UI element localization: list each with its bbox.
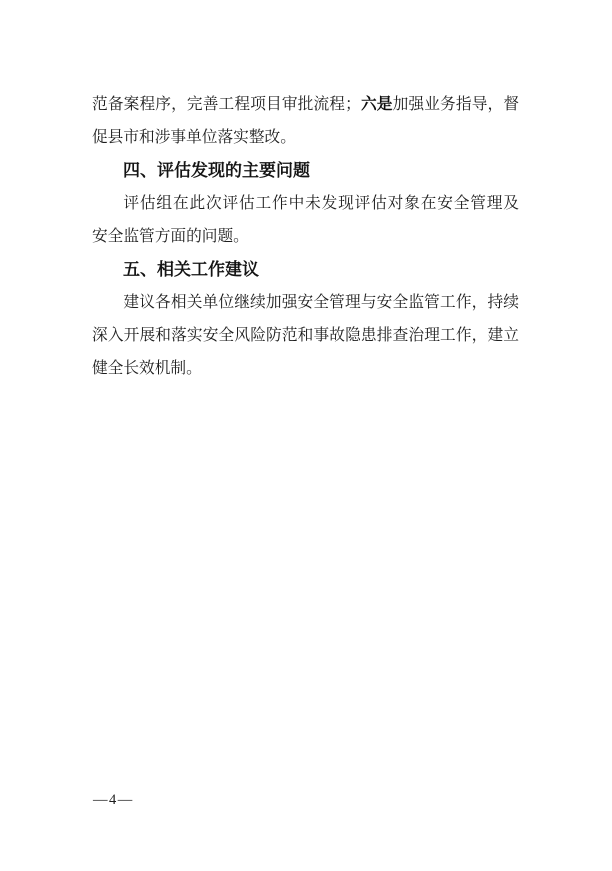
section4-paragraph-line-1: 评估组在此次评估工作中未发现评估对象在安全管理及 <box>92 187 519 220</box>
bold-emphasis-run: 六是 <box>361 96 393 113</box>
document-page: 范备案程序，完善工程项目审批流程；六是加强业务指导，督 促县市和涉事单位落实整改… <box>0 0 612 871</box>
section5-paragraph-line-2: 深入开展和落实安全风险防范和事故隐患排查治理工作，建立 <box>92 319 519 352</box>
footer-page-number: —4— <box>93 790 134 810</box>
section4-paragraph-line-2: 安全监管方面的问题。 <box>92 220 519 253</box>
body-text: 范备案程序，完善工程项目审批流程； <box>92 96 361 113</box>
paragraph-continuation-line-2: 促县市和涉事单位落实整改。 <box>92 121 519 154</box>
section5-paragraph-line-1: 建议各相关单位继续加强安全管理与安全监管工作，持续 <box>92 286 519 319</box>
document-body: 范备案程序，完善工程项目审批流程；六是加强业务指导，督 促县市和涉事单位落实整改… <box>92 88 519 385</box>
body-text: 加强业务指导，督 <box>393 96 519 113</box>
section-heading-4: 四、评估发现的主要问题 <box>92 154 519 187</box>
section-heading-5: 五、相关工作建议 <box>92 253 519 286</box>
section5-paragraph-line-3: 健全长效机制。 <box>92 352 519 385</box>
paragraph-continuation-line-1: 范备案程序，完善工程项目审批流程；六是加强业务指导，督 <box>92 88 519 121</box>
